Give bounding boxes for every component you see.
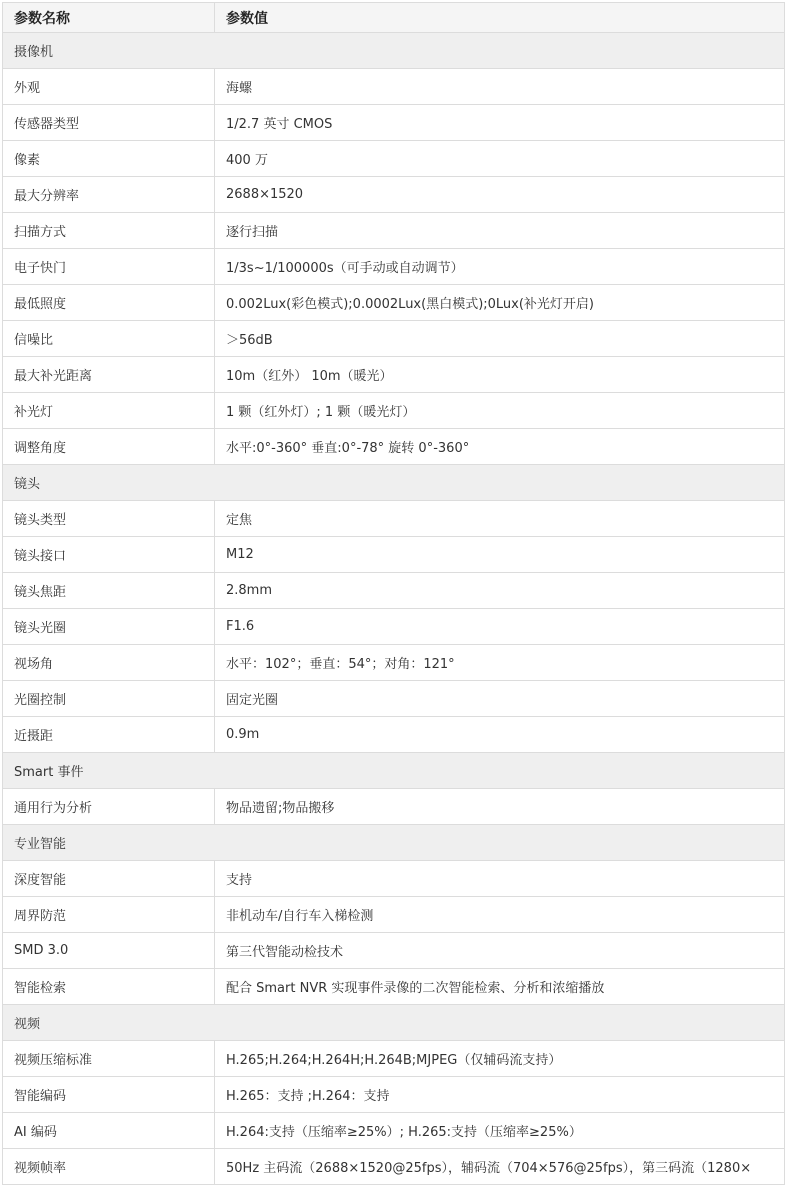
table-header-row: 参数名称 参数值 <box>3 3 785 33</box>
param-value-cell: 水平:0°-360° 垂直:0°-78° 旋转 0°-360° <box>215 429 785 465</box>
param-value-cell: 物品遗留;物品搬移 <box>215 789 785 825</box>
column-header-param-value: 参数值 <box>215 3 785 33</box>
param-name-cell: 光圈控制 <box>3 681 215 717</box>
section-row: 专业智能 <box>3 825 785 861</box>
param-value-cell: H.264:支持（压缩率≥25%）; H.265:支持（压缩率≥25%） <box>215 1113 785 1149</box>
table-row: 镜头类型定焦 <box>3 501 785 537</box>
section-row: 视频 <box>3 1005 785 1041</box>
param-name-cell: 外观 <box>3 69 215 105</box>
param-value-cell: 配合 Smart NVR 实现事件录像的二次智能检索、分析和浓缩播放 <box>215 969 785 1005</box>
param-value-cell: F1.6 <box>215 609 785 645</box>
param-value-cell: 支持 <box>215 861 785 897</box>
table-row: 扫描方式逐行扫描 <box>3 213 785 249</box>
param-name-cell: 通用行为分析 <box>3 789 215 825</box>
table-row: 视频帧率50Hz 主码流（2688×1520@25fps），辅码流（704×57… <box>3 1149 785 1185</box>
table-row: 外观海螺 <box>3 69 785 105</box>
param-value-cell: 0.9m <box>215 717 785 753</box>
param-value-cell: 第三代智能动检技术 <box>215 933 785 969</box>
param-name-cell: 智能编码 <box>3 1077 215 1113</box>
table-row: 镜头光圈F1.6 <box>3 609 785 645</box>
table-row: 智能检索配合 Smart NVR 实现事件录像的二次智能检索、分析和浓缩播放 <box>3 969 785 1005</box>
param-name-cell: 传感器类型 <box>3 105 215 141</box>
section-row: 镜头 <box>3 465 785 501</box>
table-row: 近摄距0.9m <box>3 717 785 753</box>
param-name-cell: 镜头接口 <box>3 537 215 573</box>
table-row: 视场角水平：102°；垂直：54°；对角：121° <box>3 645 785 681</box>
section-title: 镜头 <box>3 465 785 501</box>
table-row: 智能编码H.265：支持 ;H.264：支持 <box>3 1077 785 1113</box>
table-row: 最低照度0.002Lux(彩色模式);0.0002Lux(黑白模式);0Lux(… <box>3 285 785 321</box>
table-row: 调整角度水平:0°-360° 垂直:0°-78° 旋转 0°-360° <box>3 429 785 465</box>
param-name-cell: 智能检索 <box>3 969 215 1005</box>
param-name-cell: 最大补光距离 <box>3 357 215 393</box>
section-title: 摄像机 <box>3 33 785 69</box>
param-name-cell: 近摄距 <box>3 717 215 753</box>
param-value-cell: 非机动车/自行车入梯检测 <box>215 897 785 933</box>
param-name-cell: AI 编码 <box>3 1113 215 1149</box>
param-value-cell: 50Hz 主码流（2688×1520@25fps），辅码流（704×576@25… <box>215 1149 785 1185</box>
param-name-cell: 最低照度 <box>3 285 215 321</box>
spec-table: 参数名称 参数值 摄像机外观海螺传感器类型1/2.7 英寸 CMOS像素400 … <box>2 2 785 1185</box>
section-title: Smart 事件 <box>3 753 785 789</box>
param-value-cell: 水平：102°；垂直：54°；对角：121° <box>215 645 785 681</box>
param-value-cell: 10m（红外） 10m（暖光） <box>215 357 785 393</box>
table-row: 镜头焦距2.8mm <box>3 573 785 609</box>
param-value-cell: H.265：支持 ;H.264：支持 <box>215 1077 785 1113</box>
table-row: 周界防范非机动车/自行车入梯检测 <box>3 897 785 933</box>
table-row: 镜头接口M12 <box>3 537 785 573</box>
param-value-cell: 逐行扫描 <box>215 213 785 249</box>
section-title: 视频 <box>3 1005 785 1041</box>
table-row: 光圈控制固定光圈 <box>3 681 785 717</box>
section-title: 专业智能 <box>3 825 785 861</box>
param-name-cell: 深度智能 <box>3 861 215 897</box>
param-value-cell: 1 颗（红外灯）; 1 颗（暖光灯） <box>215 393 785 429</box>
param-value-cell: M12 <box>215 537 785 573</box>
table-row: 传感器类型1/2.7 英寸 CMOS <box>3 105 785 141</box>
table-row: 最大补光距离10m（红外） 10m（暖光） <box>3 357 785 393</box>
param-value-cell: 1/3s~1/100000s（可手动或自动调节） <box>215 249 785 285</box>
param-name-cell: 电子快门 <box>3 249 215 285</box>
param-value-cell: 0.002Lux(彩色模式);0.0002Lux(黑白模式);0Lux(补光灯开… <box>215 285 785 321</box>
param-value-cell: 海螺 <box>215 69 785 105</box>
table-row: AI 编码H.264:支持（压缩率≥25%）; H.265:支持（压缩率≥25%… <box>3 1113 785 1149</box>
param-name-cell: 调整角度 <box>3 429 215 465</box>
table-row: 深度智能支持 <box>3 861 785 897</box>
param-value-cell: 2688×1520 <box>215 177 785 213</box>
param-name-cell: 补光灯 <box>3 393 215 429</box>
param-name-cell: 最大分辨率 <box>3 177 215 213</box>
param-value-cell: 400 万 <box>215 141 785 177</box>
table-row: 补光灯1 颗（红外灯）; 1 颗（暖光灯） <box>3 393 785 429</box>
param-name-cell: 信噪比 <box>3 321 215 357</box>
table-row: 电子快门1/3s~1/100000s（可手动或自动调节） <box>3 249 785 285</box>
section-row: Smart 事件 <box>3 753 785 789</box>
param-value-cell: ＞56dB <box>215 321 785 357</box>
param-value-cell: 1/2.7 英寸 CMOS <box>215 105 785 141</box>
param-value-cell: 2.8mm <box>215 573 785 609</box>
table-row: 通用行为分析物品遗留;物品搬移 <box>3 789 785 825</box>
param-name-cell: 视频压缩标准 <box>3 1041 215 1077</box>
param-value-cell: 固定光圈 <box>215 681 785 717</box>
table-row: 最大分辨率2688×1520 <box>3 177 785 213</box>
param-name-cell: 像素 <box>3 141 215 177</box>
param-name-cell: 视场角 <box>3 645 215 681</box>
table-row: 视频压缩标准H.265;H.264;H.264H;H.264B;MJPEG（仅辅… <box>3 1041 785 1077</box>
table-row: 像素400 万 <box>3 141 785 177</box>
param-name-cell: 镜头类型 <box>3 501 215 537</box>
section-row: 摄像机 <box>3 33 785 69</box>
table-body: 摄像机外观海螺传感器类型1/2.7 英寸 CMOS像素400 万最大分辨率268… <box>3 33 785 1185</box>
param-name-cell: 周界防范 <box>3 897 215 933</box>
param-value-cell: H.265;H.264;H.264H;H.264B;MJPEG（仅辅码流支持） <box>215 1041 785 1077</box>
param-name-cell: 镜头焦距 <box>3 573 215 609</box>
param-name-cell: SMD 3.0 <box>3 933 215 969</box>
table-row: 信噪比＞56dB <box>3 321 785 357</box>
param-name-cell: 视频帧率 <box>3 1149 215 1185</box>
param-name-cell: 扫描方式 <box>3 213 215 249</box>
param-name-cell: 镜头光圈 <box>3 609 215 645</box>
column-header-param-name: 参数名称 <box>3 3 215 33</box>
table-row: SMD 3.0第三代智能动检技术 <box>3 933 785 969</box>
param-value-cell: 定焦 <box>215 501 785 537</box>
